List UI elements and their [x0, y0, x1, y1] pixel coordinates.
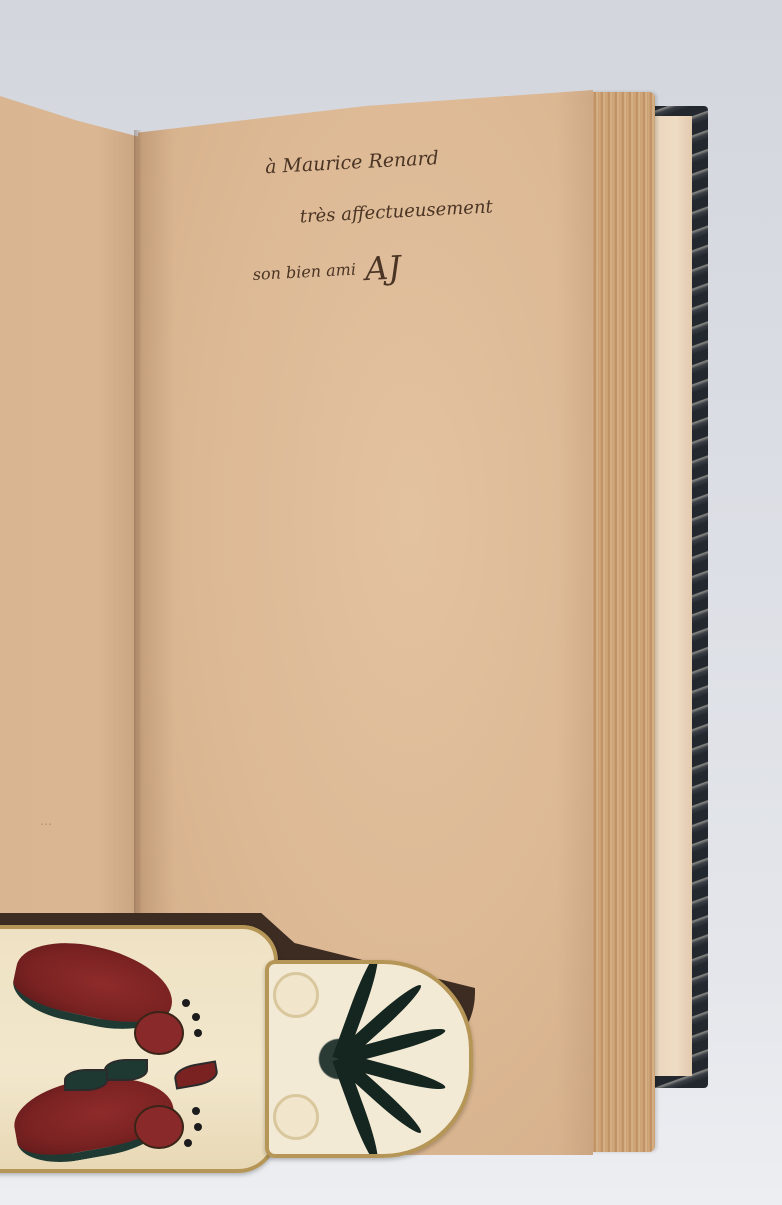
bookmark-bird-panel [0, 925, 278, 1173]
handwritten-dedication: à Maurice Renard très affectueusement so… [247, 143, 524, 294]
crest-dots-bottom [182, 1107, 212, 1157]
scroll-top [273, 972, 319, 1018]
dedication-line-3-text: son bien ami [252, 260, 356, 284]
show-through-mark: … [40, 814, 52, 828]
bird-head-top [134, 1011, 184, 1055]
leaf-green-1 [104, 1059, 148, 1081]
bird-head-bottom [134, 1105, 184, 1149]
leaf-red [172, 1060, 219, 1089]
leaf-green-2 [64, 1069, 108, 1091]
signature: AJ [364, 248, 402, 288]
photo-scene: … à Maurice Renard très affectueusement … [0, 0, 782, 1205]
enamel-bookmark-icon [0, 905, 480, 1170]
book-gutter [134, 130, 142, 920]
page-fore-edge [585, 92, 655, 1152]
crest-dots-top [182, 999, 212, 1049]
bookmark-palmette [265, 960, 473, 1158]
dedication-line-2: très affectueusement [299, 195, 520, 227]
left-page: … [0, 96, 140, 916]
book-endpaper [652, 116, 692, 1076]
scroll-bottom [273, 1094, 319, 1140]
